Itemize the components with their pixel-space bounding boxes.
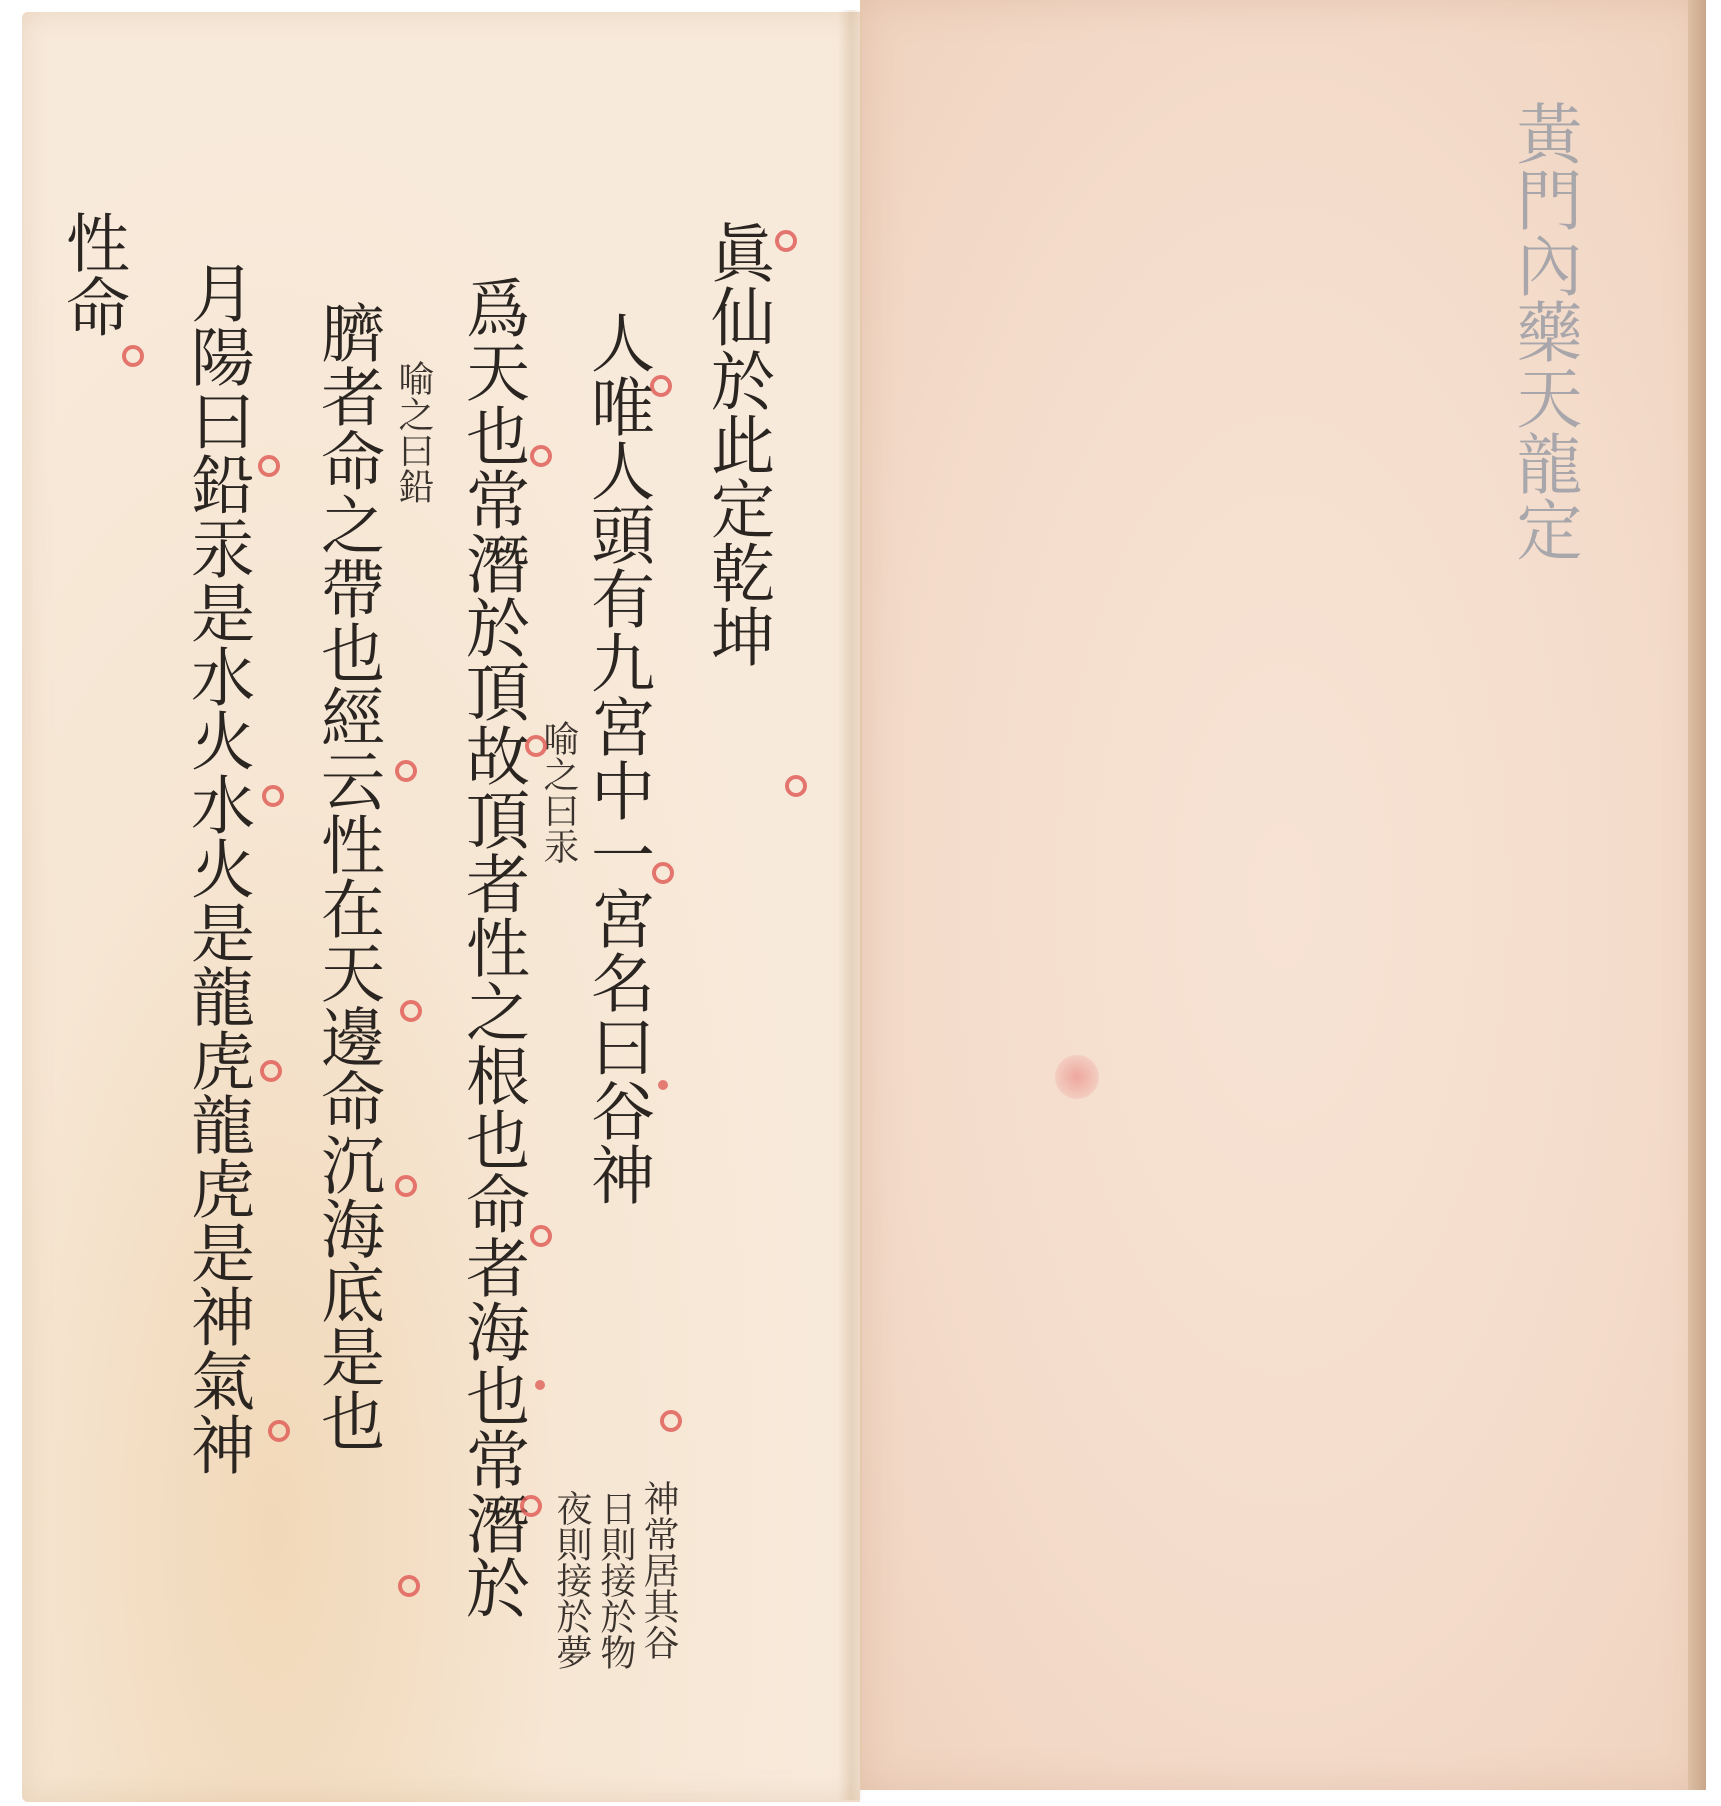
column-6: 性命: [60, 210, 124, 338]
red-punctuation-mark: [775, 230, 797, 252]
red-punctuation-mark: [400, 1000, 422, 1022]
column-4: 臍者命之帶也經云性在天邊命沉海底是也: [315, 300, 379, 1452]
manuscript-spread: 黃門內藥天龍定 眞仙於此定乾坤 人唯人頭有九宮中一宮名曰谷神 喻之曰汞 爲天也常…: [0, 0, 1721, 1806]
red-punctuation-mark: [262, 785, 284, 807]
red-punctuation-mark: [652, 862, 674, 884]
red-punctuation-mark: [520, 1495, 542, 1517]
red-punctuation-mark: [258, 455, 280, 477]
column-1: 眞仙於此定乾坤: [705, 220, 769, 668]
red-punctuation-mark: [260, 1060, 282, 1082]
red-punctuation-mark: [268, 1420, 290, 1442]
column-5: 月陽曰鉛汞是水火水火是龍虎龍虎是神氣神: [185, 260, 249, 1476]
column-3-annotation-c: 夜則接於夢: [553, 1490, 589, 1670]
column-3-annotation-a: 神常居其谷: [640, 1480, 676, 1660]
right-page-edge: [1688, 0, 1706, 1790]
red-punctuation-mark: [660, 1410, 682, 1432]
red-punctuation-mark: [525, 735, 547, 757]
red-punctuation-mark: [530, 1225, 552, 1247]
red-punctuation-dot: [535, 1380, 545, 1390]
red-punctuation-mark: [395, 1175, 417, 1197]
column-3: 爲天也常潛於頂故頂者性之根也命者海也常潛於: [460, 275, 524, 1619]
red-punctuation-mark: [122, 345, 144, 367]
red-punctuation-mark: [395, 760, 417, 782]
column-3-annotation-b: 日則接於物: [597, 1490, 633, 1670]
red-stain: [1055, 1055, 1099, 1099]
column-2: 人唯人頭有九宮中一宮名曰谷神: [585, 310, 649, 1206]
column-4-annotation: 喻之曰鉛: [395, 360, 431, 504]
red-punctuation-mark: [530, 445, 552, 467]
red-punctuation-mark: [650, 375, 672, 397]
red-punctuation-mark: [785, 775, 807, 797]
right-page-title: 黃門內藥天龍定: [1510, 100, 1576, 562]
red-punctuation-mark: [398, 1575, 420, 1597]
red-punctuation-dot: [658, 1080, 668, 1090]
